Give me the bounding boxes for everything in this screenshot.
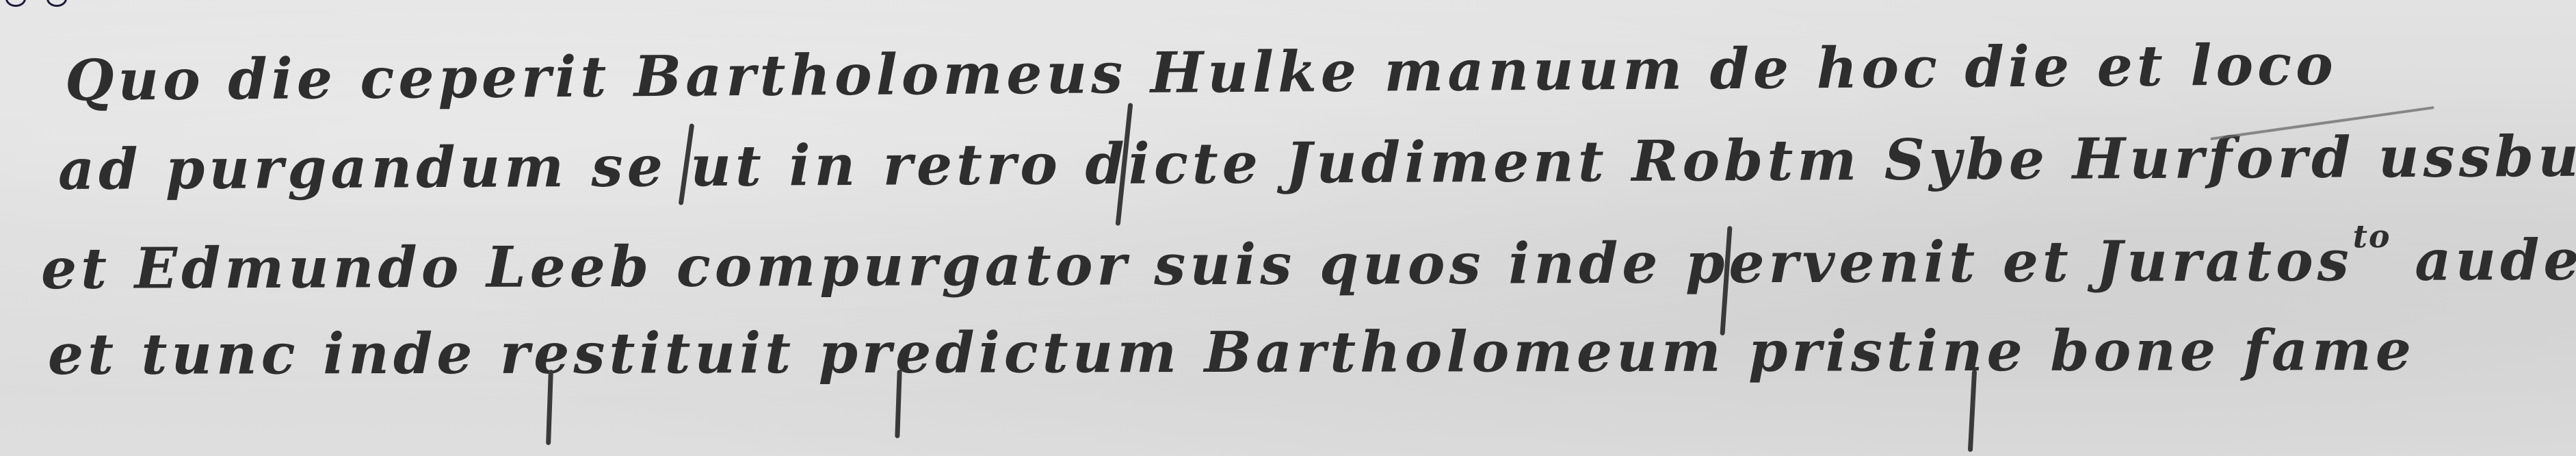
manuscript-line-4: et tunc inde restituit predictum Barthol… (48, 318, 2415, 388)
line-text: et tunc inde restituit predictum Barthol… (48, 318, 2415, 388)
line-text: et Edmundo Leeb compurgator suis quos in… (41, 228, 2353, 302)
ring-mark-icon (5, 0, 26, 7)
ring-mark-icon (47, 0, 67, 7)
manuscript-page: Quo die ceperit Bartholomeus Hulke manuu… (0, 0, 2576, 456)
line-text-continued: auderunt ideo (2415, 226, 2576, 294)
corner-marks (5, 0, 67, 7)
superscript-abbreviation: to (2353, 218, 2391, 255)
manuscript-line-2: ad purgandum se ut in retro dicte Judime… (58, 123, 2576, 203)
manuscript-line-1: Quo die ceperit Bartholomeus Hulke manuu… (65, 32, 2337, 114)
manuscript-line-3: et Edmundo Leeb compurgator suis quos in… (41, 226, 2576, 302)
line-text: Quo die ceperit Bartholomeus Hulke manuu… (65, 32, 2337, 114)
line-text: ad purgandum se ut in retro dicte Judime… (58, 123, 2576, 203)
